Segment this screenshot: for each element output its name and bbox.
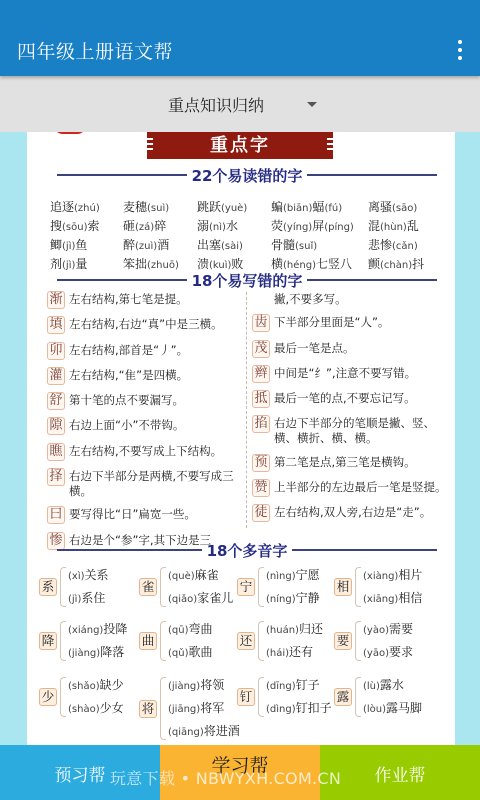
word-row: 鲫(jì)鱼醉(zuì)酒出塞(sài)骨髓(suǐ)悲惨(cǎn) — [50, 235, 450, 254]
polyphonic-group: 相(xiàng)相片(xiāng)相信 — [334, 564, 422, 610]
polyphonic-group: 露(lù)露水(lòu)露马脚 — [334, 674, 422, 720]
word-cell: 追逐(zhú) — [50, 198, 123, 215]
divider-line — [292, 549, 437, 551]
polyphonic-group: 雀(què)麻雀(qiǎo)家雀儿 — [139, 564, 233, 610]
char-note: 第二笔是点,第三笔是横钩。 — [274, 455, 452, 470]
miswritten-item: 填左右结构,右边“真”中是三横。 — [47, 317, 247, 334]
polyphonic-group: 还(huán)归还(hái)还有 — [237, 618, 323, 664]
miswritten-item: 辫中间是“纟”,注意不要写错。 — [252, 366, 452, 383]
word-cell: 砸(zá)碎 — [123, 217, 197, 234]
section-spinner[interactable]: 重点知识归纳 — [0, 76, 480, 132]
char-box: 曰 — [47, 506, 65, 524]
char-box: 抵 — [252, 390, 270, 408]
polyphonic-reading: (jiàng)将领 — [168, 674, 240, 697]
app-title: 四年级上册语文帮 — [17, 37, 173, 64]
brace-icon — [258, 677, 264, 717]
section-heading-misread: 22个易读错的字 — [57, 165, 437, 185]
spinner-selected-label: 重点知识归纳 — [168, 93, 264, 116]
polyphonic-group: 宁(nìng)宁愿(níng)宁静 — [237, 564, 320, 610]
miswritten-item: 抵最后一笔的点,不要忘记写。 — [252, 391, 452, 408]
polyphonic-reading: (qiǎo)家雀儿 — [168, 587, 233, 610]
char-box: 雀 — [139, 578, 157, 596]
char-note: 最后一笔是点。 — [274, 341, 452, 356]
polyphonic-reading: (lù)露水 — [363, 674, 422, 697]
char-box: 还 — [237, 632, 255, 650]
miswritten-item: 曰要写得比“日”扁宽一些。 — [47, 507, 247, 524]
polyphonic-group: 少(shǎo)缺少(shào)少女 — [39, 674, 124, 720]
miswritten-item: 赞上半部分的左边最后一笔是竖提。 — [252, 480, 452, 497]
miswritten-item: 掐右边下半部分的笔顺是撇、竖、横、横折、横、横。 — [252, 416, 452, 446]
word-cell: 麦穗(suì) — [123, 198, 197, 215]
polyphonic-reading: (xiáng)投降 — [68, 618, 127, 641]
polyphonic-reading: (qiāng)将进酒 — [168, 720, 240, 743]
char-note: 左右结构,部首是“丿”。 — [69, 343, 247, 358]
char-box: 赞 — [252, 479, 270, 497]
char-box: 齿 — [252, 314, 270, 332]
polyphonic-reading: (xiàng)相片 — [363, 564, 422, 587]
char-box: 辫 — [252, 365, 270, 383]
overflow-menu-icon[interactable] — [452, 38, 468, 62]
char-note: 上半部分的左边最后一笔是竖提。 — [274, 480, 452, 495]
polyphonic-reading: (jiāng)将军 — [168, 697, 240, 720]
brace-icon — [258, 621, 264, 661]
char-note: 第十笔的点不要漏写。 — [69, 393, 247, 408]
watermark: 玩意下载 • NBWYXH.COM.CN — [110, 766, 341, 789]
char-box: 降 — [39, 632, 57, 650]
misread-words-grid: 追逐(zhú)麦穗(suì)跳跃(yuè)蝙(biān)蝠(fú)离骚(sāo)… — [50, 197, 450, 273]
char-box: 将 — [139, 700, 157, 718]
miswritten-item: 徒左右结构,双人旁,右边是“走”。 — [252, 505, 452, 522]
banner-title: 重点字 — [147, 132, 333, 159]
miswritten-item: 渐左右结构,第七笔是提。 — [47, 292, 247, 309]
section-title: 18个易写错的字 — [187, 270, 308, 291]
brace-icon — [160, 567, 166, 607]
miswritten-left-column: 渐左右结构,第七笔是提。填左右结构,右边“真”中是三横。卯左右结构,部首是“丿”… — [47, 292, 247, 558]
knowledge-page-image: 重点字 22个易读错的字 追逐(zhú)麦穗(suì)跳跃(yuè)蝙(biān… — [27, 132, 455, 745]
char-box: 露 — [334, 688, 352, 706]
divider-line — [57, 549, 202, 551]
char-box: 少 — [39, 688, 57, 706]
char-box: 填 — [47, 316, 65, 334]
word-cell: 离骚(sāo) — [368, 198, 448, 215]
divider-line — [307, 174, 437, 176]
polyphonic-group: 系(xì)关系(jì)系住 — [39, 564, 109, 610]
section-heading-miswritten: 18个易写错的字 — [57, 270, 437, 290]
section-heading-polyphonic: 18个多音字 — [57, 540, 437, 560]
miswritten-item: 卯左右结构,部首是“丿”。 — [47, 343, 247, 360]
char-note: 左右结构,双人旁,右边是“走”。 — [274, 505, 452, 520]
char-box: 灌 — [47, 367, 65, 385]
miswritten-chars: 渐左右结构,第七笔是提。填左右结构,右边“真”中是三横。卯左右结构,部首是“丿”… — [47, 292, 452, 532]
polyphonic-reading: (hái)还有 — [266, 641, 323, 664]
brace-icon — [355, 621, 361, 661]
polyphonic-group: 降(xiáng)投降(jiàng)降落 — [39, 618, 127, 664]
miswritten-item: 齿下半部分里面是“人”。 — [252, 315, 452, 332]
polyphonic-reading: (huán)归还 — [266, 618, 323, 641]
brace-icon — [60, 677, 66, 717]
miswritten-item: 舒第十笔的点不要漏写。 — [47, 393, 247, 410]
brace-icon — [258, 567, 264, 607]
char-box: 曲 — [139, 632, 157, 650]
char-box: 渐 — [47, 291, 65, 309]
char-box: 相 — [334, 578, 352, 596]
polyphonic-reading: (shào)少女 — [68, 697, 124, 720]
polyphonic-reading: (jiàng)降落 — [68, 641, 127, 664]
tab-homework[interactable]: 作业帮 — [320, 745, 480, 800]
app-bar: 四年级上册语文帮 — [0, 24, 480, 76]
polyphonic-reading: (yāo)要求 — [363, 641, 413, 664]
char-box: 钉 — [237, 688, 255, 706]
brace-icon — [355, 567, 361, 607]
word-cell: 蝙(biān)蝠(fú) — [271, 198, 368, 215]
char-note: 中间是“纟”,注意不要写错。 — [274, 366, 452, 381]
polyphonic-reading: (què)麻雀 — [168, 564, 233, 587]
polyphonic-reading: (xiāng)相信 — [363, 587, 422, 610]
brace-icon — [160, 677, 166, 740]
miswritten-right-column: 撇,不要多写。 齿下半部分里面是“人”。茂最后一笔是点。辫中间是“纟”,注意不要… — [252, 292, 452, 531]
word-cell: 骨髓(suǐ) — [271, 236, 368, 253]
char-box: 卯 — [47, 342, 65, 360]
miswritten-item: 茂最后一笔是点。 — [252, 341, 452, 358]
word-cell: 荧(yíng)屏(píng) — [271, 217, 368, 234]
polyphonic-reading: (nìng)宁愿 — [266, 564, 320, 587]
miswritten-item: 灌左右结构,“隹”是四横。 — [47, 368, 247, 385]
char-box: 宁 — [237, 578, 255, 596]
polyphonic-reading: (dìng)钉扣子 — [266, 697, 332, 720]
miswritten-item: 瞧左右结构,不要写成上下结构。 — [47, 444, 247, 461]
word-row: 追逐(zhú)麦穗(suì)跳跃(yuè)蝙(biān)蝠(fú)离骚(sāo) — [50, 197, 450, 216]
char-note: 下半部分里面是“人”。 — [274, 315, 452, 330]
divider-line — [307, 279, 437, 281]
polyphonic-reading: (qǔ)歌曲 — [168, 641, 213, 664]
brace-icon — [60, 621, 66, 661]
char-note: 左右结构,右边“真”中是三横。 — [69, 317, 247, 332]
char-note: 左右结构,第七笔是提。 — [69, 292, 247, 307]
word-cell: 出塞(sài) — [197, 236, 271, 253]
dashed-divider — [246, 292, 247, 528]
word-cell: 搜(sōu)索 — [50, 217, 123, 234]
continuation-text: 撇,不要多写。 — [252, 292, 452, 307]
status-bar-area — [0, 0, 480, 24]
word-cell: 混(hùn)乱 — [368, 217, 448, 234]
polyphonic-reading: (jì)系住 — [68, 587, 109, 610]
section-title: 22个易读错的字 — [187, 165, 308, 186]
miswritten-item: 择右边下半部分是两横,不要写成三横。 — [47, 469, 247, 499]
char-note: 最后一笔的点,不要忘记写。 — [274, 391, 452, 406]
brace-icon — [355, 677, 361, 717]
char-box: 隙 — [47, 417, 65, 435]
polyphonic-group: 将(jiàng)将领(jiāng)将军(qiāng)将进酒 — [139, 674, 240, 743]
char-note: 右边下半部分是两横,不要写成三横。 — [69, 469, 247, 499]
word-cell: 鲫(jì)鱼 — [50, 236, 123, 253]
polyphonic-reading: (qū)弯曲 — [168, 618, 213, 641]
section-title: 18个多音字 — [202, 540, 293, 561]
char-box: 择 — [47, 468, 65, 486]
char-note: 右边上面“小”不带钩。 — [69, 418, 247, 433]
word-cell: 醉(zuì)酒 — [123, 236, 197, 253]
content-scroll-area[interactable]: 重点字 22个易读错的字 追逐(zhú)麦穗(suì)跳跃(yuè)蝙(biān… — [0, 132, 480, 745]
char-note: 左右结构,“隹”是四横。 — [69, 368, 247, 383]
polyphonic-group: 钉(dīng)钉子(dìng)钉扣子 — [237, 674, 332, 720]
brace-icon — [160, 621, 166, 661]
divider-line — [57, 174, 187, 176]
char-note: 左右结构,不要写成上下结构。 — [69, 444, 247, 459]
polyphonic-reading: (xì)关系 — [68, 564, 109, 587]
char-note: 要写得比“日”扁宽一些。 — [69, 507, 247, 522]
char-box: 预 — [252, 454, 270, 472]
char-box: 系 — [39, 578, 57, 596]
word-cell: 溺(nì)水 — [197, 217, 271, 234]
polyphonic-reading: (lòu)露马脚 — [363, 697, 422, 720]
miswritten-item: 预第二笔是点,第三笔是横钩。 — [252, 455, 452, 472]
polyphonic-reading: (yào)需要 — [363, 618, 413, 641]
char-box: 徒 — [252, 504, 270, 522]
miswritten-item: 隙右边上面“小”不带钩。 — [47, 418, 247, 435]
polyphonic-reading: (dīng)钉子 — [266, 674, 332, 697]
word-cell: 跳跃(yuè) — [197, 198, 271, 215]
polyphonic-reading: (níng)宁静 — [266, 587, 320, 610]
dropdown-caret-icon[interactable] — [307, 102, 317, 107]
char-box: 掐 — [252, 415, 270, 433]
char-box: 舒 — [47, 392, 65, 410]
polyphonic-reading: (shǎo)缺少 — [68, 674, 124, 697]
char-note: 右边下半部分的笔顺是撇、竖、横、横折、横、横。 — [274, 416, 452, 446]
red-tab-decoration — [53, 132, 87, 134]
polyphonic-group: 要(yào)需要(yāo)要求 — [334, 618, 413, 664]
word-cell: 悲惨(cǎn) — [368, 236, 448, 253]
divider-line — [57, 279, 187, 281]
char-box: 瞧 — [47, 443, 65, 461]
polyphonic-group: 曲(qū)弯曲(qǔ)歌曲 — [139, 618, 213, 664]
word-row: 搜(sōu)索砸(zá)碎溺(nì)水荧(yíng)屏(píng)混(hùn)乱 — [50, 216, 450, 235]
char-box: 要 — [334, 632, 352, 650]
char-box: 茂 — [252, 340, 270, 358]
brace-icon — [60, 567, 66, 607]
